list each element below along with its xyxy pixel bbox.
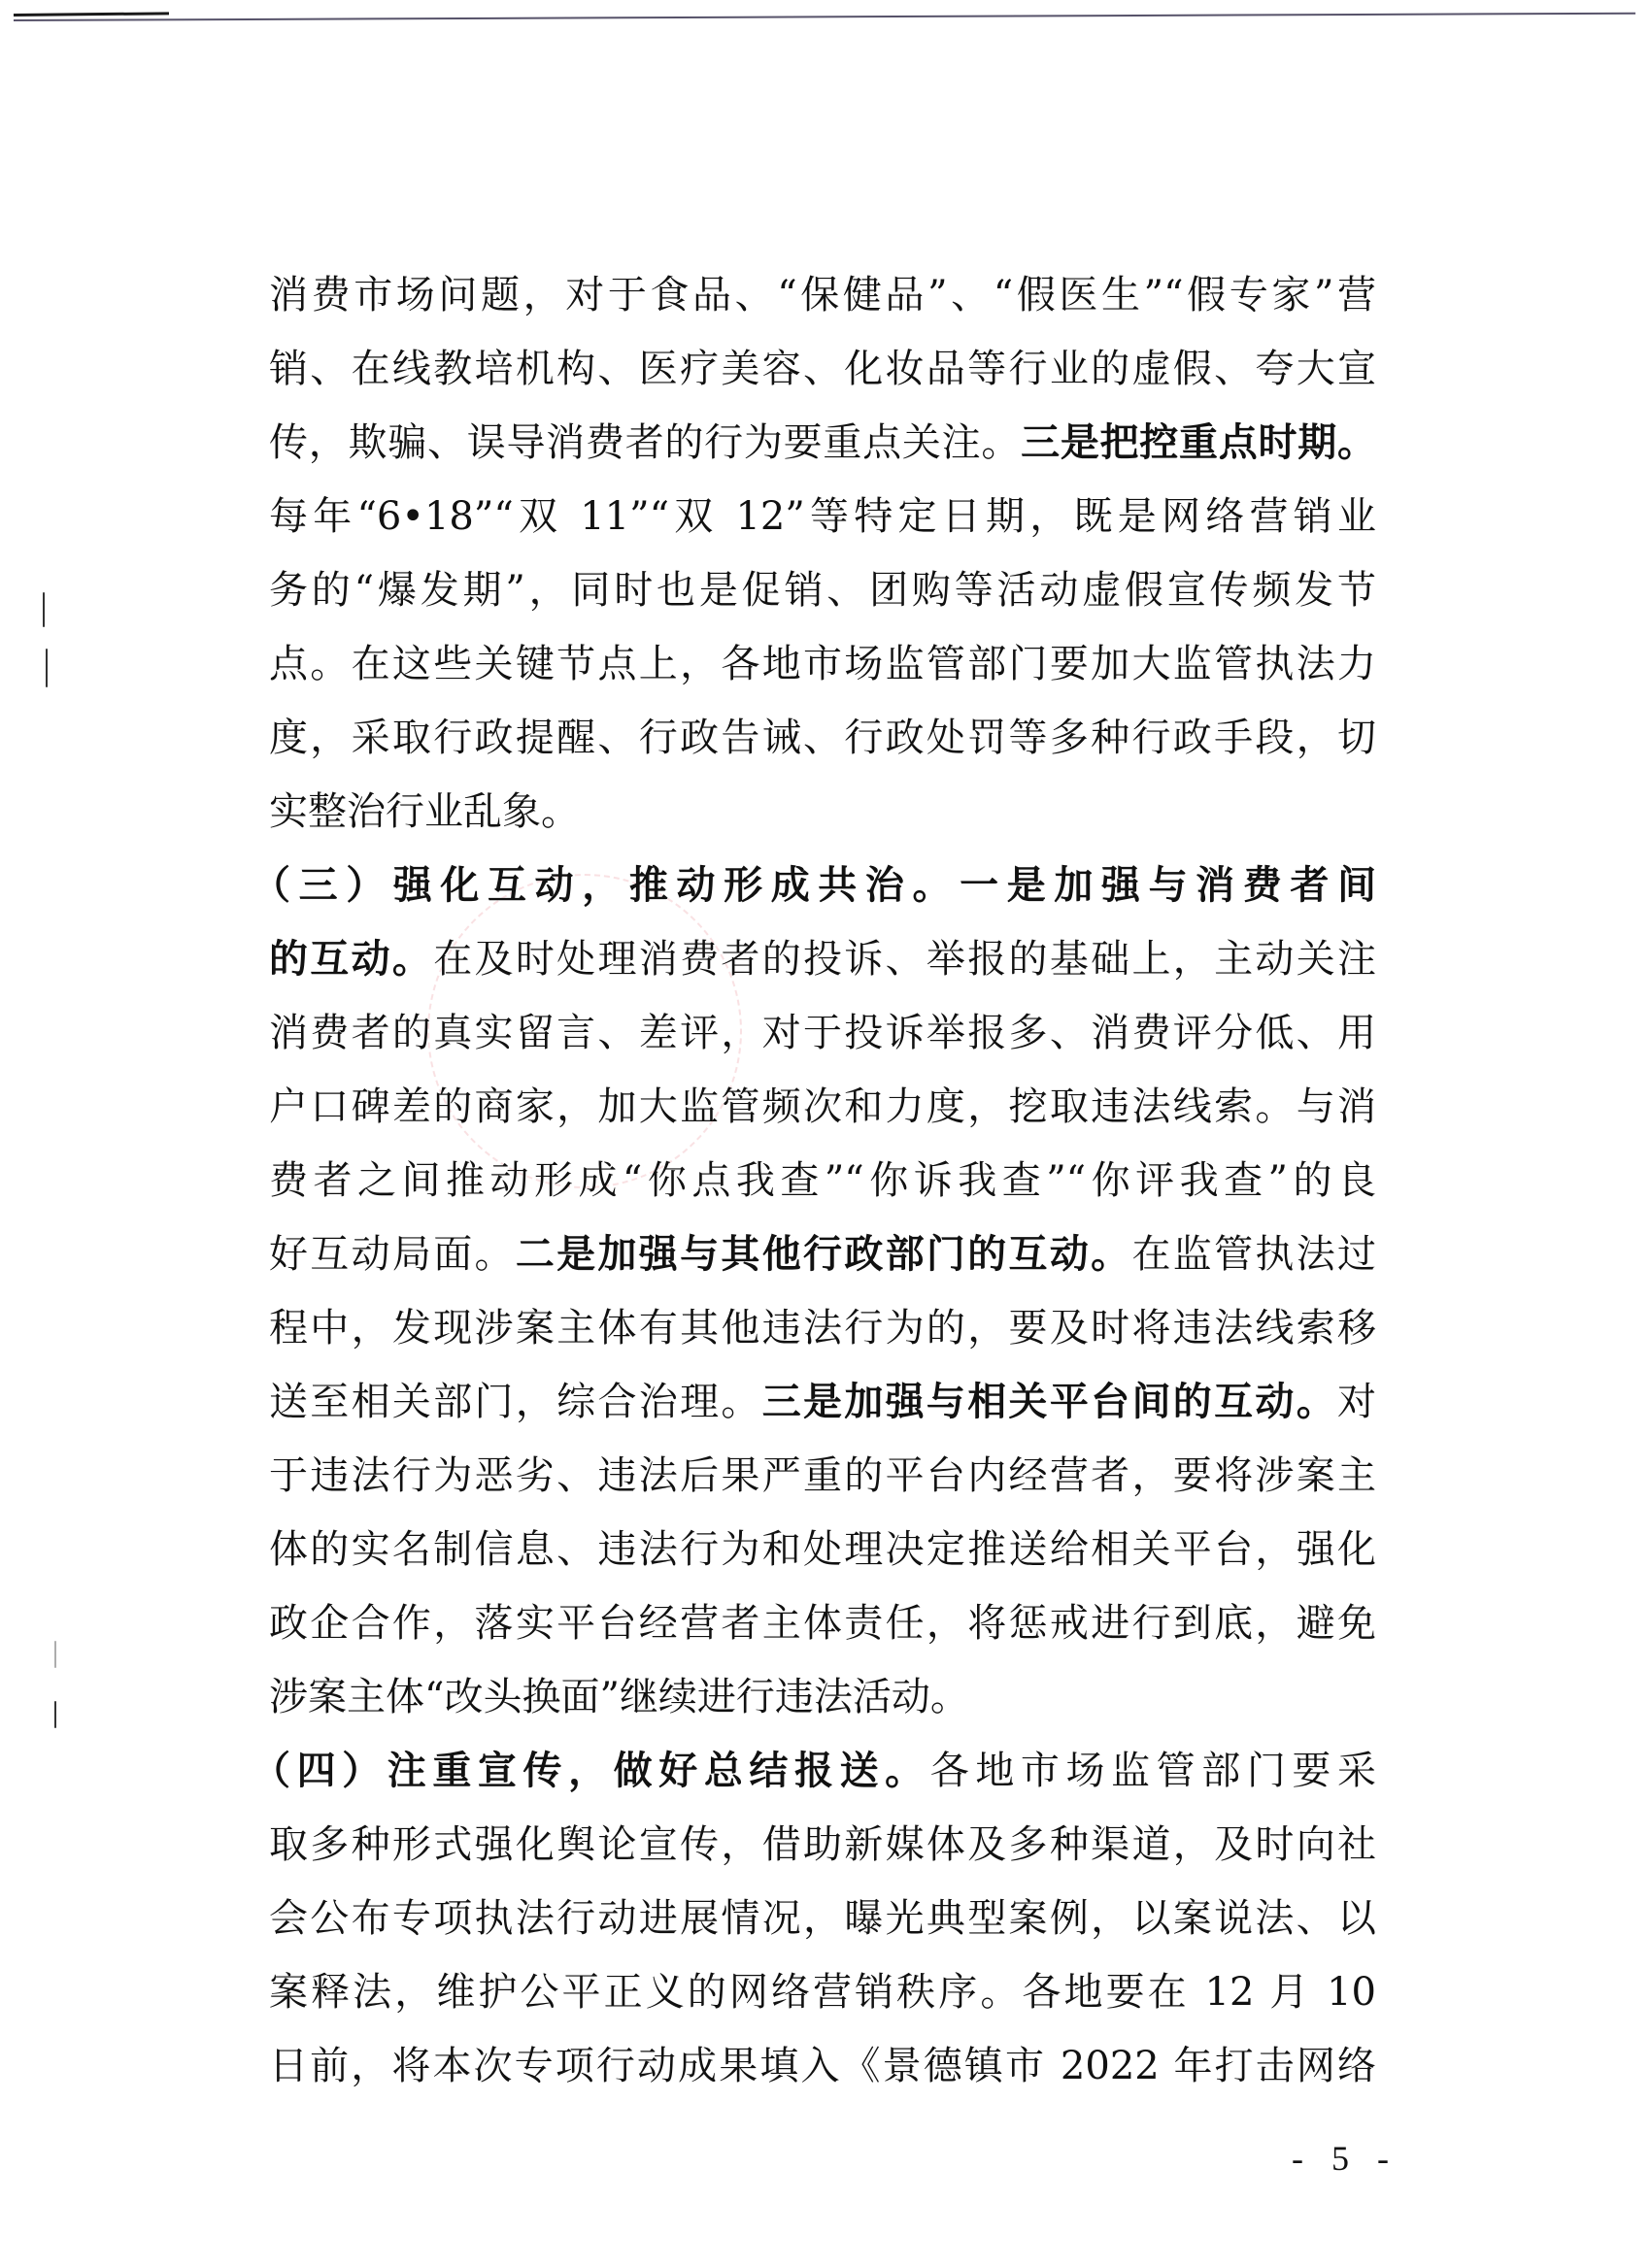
binding-mark bbox=[46, 649, 48, 687]
scan-edge-line bbox=[14, 12, 169, 17]
text-segment: 消费市场问题，对于食品、“保健品”、“假医生”“假专家”营 bbox=[269, 273, 1376, 317]
bold-text-segment: 的互动。 bbox=[269, 937, 433, 982]
text-segment: 消费者的真实留言、差评，对于投诉举报多、消费评分低、用 bbox=[269, 1011, 1376, 1055]
bold-text-segment: 三是把控重点时期。 bbox=[1021, 420, 1376, 465]
text-segment: 涉案主体“改头换面”继续进行违法活动。 bbox=[269, 1675, 969, 1719]
text-line: 消费市场问题，对于食品、“保健品”、“假医生”“假专家”营 bbox=[269, 270, 1376, 344]
binding-mark bbox=[43, 592, 45, 627]
text-line: 涉案主体“改头换面”继续进行违法活动。 bbox=[269, 1672, 1376, 1746]
text-segment: 案释法，维护公平正义的网络营销秩序。各地要在 12 月 10 bbox=[269, 1970, 1376, 2015]
text-segment: 对 bbox=[1337, 1380, 1376, 1424]
text-segment: 政企合作，落实平台经营者主体责任，将惩戒进行到底，避免 bbox=[269, 1601, 1376, 1646]
text-line: 日前，将本次专项行动成果填入《景德镇市 2022 年打击网络 bbox=[269, 2041, 1376, 2115]
text-segment: 会公布专项执法行动进展情况，曝光典型案例，以案说法、以 bbox=[269, 1896, 1376, 1941]
text-line: 送至相关部门，综合治理。三是加强与相关平台间的互动。对 bbox=[269, 1377, 1376, 1451]
text-line: 点。在这些关键节点上，各地市场监管部门要加大监管执法力 bbox=[269, 639, 1376, 713]
text-line: 户口碑差的商家，加大监管频次和力度，挖取违法线索。与消 bbox=[269, 1082, 1376, 1155]
text-line: 案释法，维护公平正义的网络营销秩序。各地要在 12 月 10 bbox=[269, 1967, 1376, 2041]
text-segment: 体的实名制信息、违法行为和处理决定推送给相关平台，强化 bbox=[269, 1527, 1376, 1572]
text-segment: 户口碑差的商家，加大监管频次和力度，挖取违法线索。与消 bbox=[269, 1084, 1376, 1129]
text-segment: 在及时处理消费者的投诉、举报的基础上，主动关注 bbox=[433, 937, 1376, 982]
text-line: 销、在线教培机构、医疗美容、化妆品等行业的虚假、夸大宣 bbox=[269, 344, 1376, 417]
document-body: 消费市场问题，对于食品、“保健品”、“假医生”“假专家”营销、在线教培机构、医疗… bbox=[269, 270, 1376, 2115]
text-segment: 程中，发现涉案主体有其他违法行为的，要及时将违法线索移 bbox=[269, 1306, 1376, 1351]
text-line: 的互动。在及时处理消费者的投诉、举报的基础上，主动关注 bbox=[269, 934, 1376, 1008]
text-segment: 在监管执法过 bbox=[1131, 1232, 1376, 1277]
text-line: 会公布专项执法行动进展情况，曝光典型案例，以案说法、以 bbox=[269, 1893, 1376, 1967]
text-line: 度，采取行政提醒、行政告诫、行政处罚等多种行政手段，切 bbox=[269, 713, 1376, 786]
bold-text-segment: （四）注重宣传，做好总结报送。 bbox=[252, 1749, 930, 1793]
text-line: （三）强化互动，推动形成共治。一是加强与消费者间 bbox=[252, 860, 1376, 934]
text-segment: 取多种形式强化舆论宣传，借助新媒体及多种渠道，及时向社 bbox=[269, 1822, 1376, 1867]
text-line: 取多种形式强化舆论宣传，借助新媒体及多种渠道，及时向社 bbox=[269, 1819, 1376, 1893]
text-line: 务的“爆发期”，同时也是促销、团购等活动虚假宣传频发节 bbox=[269, 565, 1376, 639]
page-number: - 5 - bbox=[1292, 2138, 1398, 2179]
text-segment: 销、在线教培机构、医疗美容、化妆品等行业的虚假、夸大宣 bbox=[269, 347, 1376, 391]
binding-mark bbox=[54, 1701, 56, 1728]
text-segment: 好互动局面。 bbox=[269, 1232, 516, 1277]
text-segment: 务的“爆发期”，同时也是促销、团购等活动虚假宣传频发节 bbox=[269, 568, 1376, 613]
text-line: 程中，发现涉案主体有其他违法行为的，要及时将违法线索移 bbox=[269, 1303, 1376, 1377]
bold-text-segment: （三）强化互动，推动形成共治。一是加强与消费者间 bbox=[252, 863, 1376, 908]
text-line: 传，欺骗、误导消费者的行为要重点关注。三是把控重点时期。 bbox=[269, 417, 1376, 491]
text-line: 好互动局面。二是加强与其他行政部门的互动。在监管执法过 bbox=[269, 1229, 1376, 1303]
text-line: 每年“6•18”“双 11”“双 12”等特定日期，既是网络营销业 bbox=[269, 491, 1376, 565]
text-line: （四）注重宣传，做好总结报送。各地市场监管部门要采 bbox=[252, 1746, 1376, 1819]
text-segment: 于违法行为恶劣、违法后果严重的平台内经营者，要将涉案主 bbox=[269, 1453, 1376, 1498]
bold-text-segment: 三是加强与相关平台间的互动。 bbox=[762, 1380, 1337, 1424]
text-line: 于违法行为恶劣、违法后果严重的平台内经营者，要将涉案主 bbox=[269, 1451, 1376, 1524]
text-segment: 送至相关部门，综合治理。 bbox=[269, 1380, 762, 1424]
text-line: 费者之间推动形成“你点我查”“你诉我查”“你评我查”的良 bbox=[269, 1155, 1376, 1229]
text-segment: 度，采取行政提醒、行政告诫、行政处罚等多种行政手段，切 bbox=[269, 716, 1376, 760]
text-segment: 各地市场监管部门要采 bbox=[930, 1749, 1376, 1793]
bold-text-segment: 二是加强与其他行政部门的互动。 bbox=[516, 1232, 1132, 1277]
text-segment: 日前，将本次专项行动成果填入《景德镇市 2022 年打击网络 bbox=[269, 2044, 1376, 2088]
text-line: 政企合作，落实平台经营者主体责任，将惩戒进行到底，避免 bbox=[269, 1598, 1376, 1672]
text-segment: 传，欺骗、误导消费者的行为要重点关注。 bbox=[269, 420, 1021, 465]
text-segment: 点。在这些关键节点上，各地市场监管部门要加大监管执法力 bbox=[269, 642, 1376, 686]
header-rule bbox=[14, 13, 1635, 21]
text-segment: 费者之间推动形成“你点我查”“你诉我查”“你评我查”的良 bbox=[269, 1158, 1376, 1203]
text-segment: 实整治行业乱象。 bbox=[269, 789, 580, 834]
binding-mark bbox=[54, 1641, 56, 1668]
text-line: 消费者的真实留言、差评，对于投诉举报多、消费评分低、用 bbox=[269, 1008, 1376, 1082]
text-segment: 每年“6•18”“双 11”“双 12”等特定日期，既是网络营销业 bbox=[269, 494, 1376, 539]
text-line: 体的实名制信息、违法行为和处理决定推送给相关平台，强化 bbox=[269, 1524, 1376, 1598]
text-line: 实整治行业乱象。 bbox=[269, 786, 1376, 860]
